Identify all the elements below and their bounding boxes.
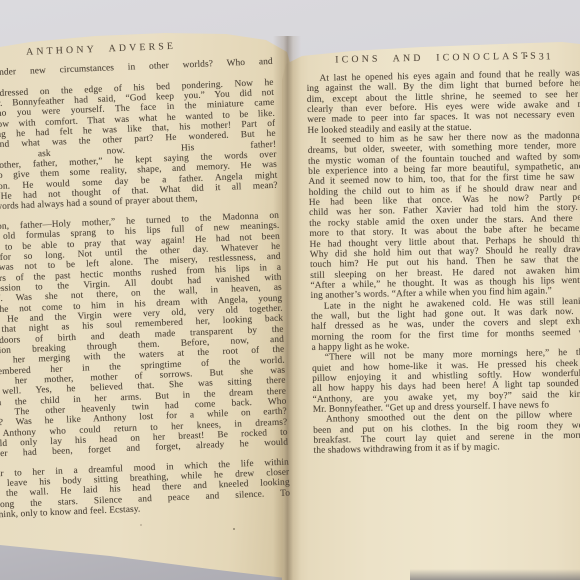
- dust-speck: [140, 524, 142, 526]
- paragraph: half-undressed on the edge of his bed po…: [0, 78, 278, 214]
- book-photo: ANTHONY ADVERSE do under new circumstanc…: [0, 0, 580, 580]
- paragraph: At last he opened his eyes again and fou…: [306, 68, 580, 136]
- bottom-edge-shadow: [410, 569, 580, 580]
- header-separator-dot: •: [525, 52, 530, 61]
- right-page-number-group: • 31: [525, 50, 553, 64]
- paragraph: “There will not be many more mornings he…: [312, 348, 580, 416]
- paragraph: Anthony smoothed out the dent on the pil…: [313, 410, 580, 457]
- right-page-body: At last he opened his eyes again and fou…: [306, 68, 580, 456]
- page-number: 31: [539, 51, 553, 62]
- right-page-text-column: ICONS AND ICONOCLASTS • 31 At last he op…: [306, 49, 580, 456]
- paragraph: r, son, father—Holy mother,” he turned t…: [0, 211, 288, 461]
- left-page-text-column: ANTHONY ADVERSE do under new circumstanc…: [0, 37, 291, 521]
- dust-speck: [233, 528, 235, 530]
- paragraph: It seemed to him as he saw her there now…: [308, 130, 580, 301]
- paragraph: Late in the night he awakened cold. He w…: [311, 296, 580, 353]
- left-page-body: do under new circumstances in other worl…: [0, 57, 291, 521]
